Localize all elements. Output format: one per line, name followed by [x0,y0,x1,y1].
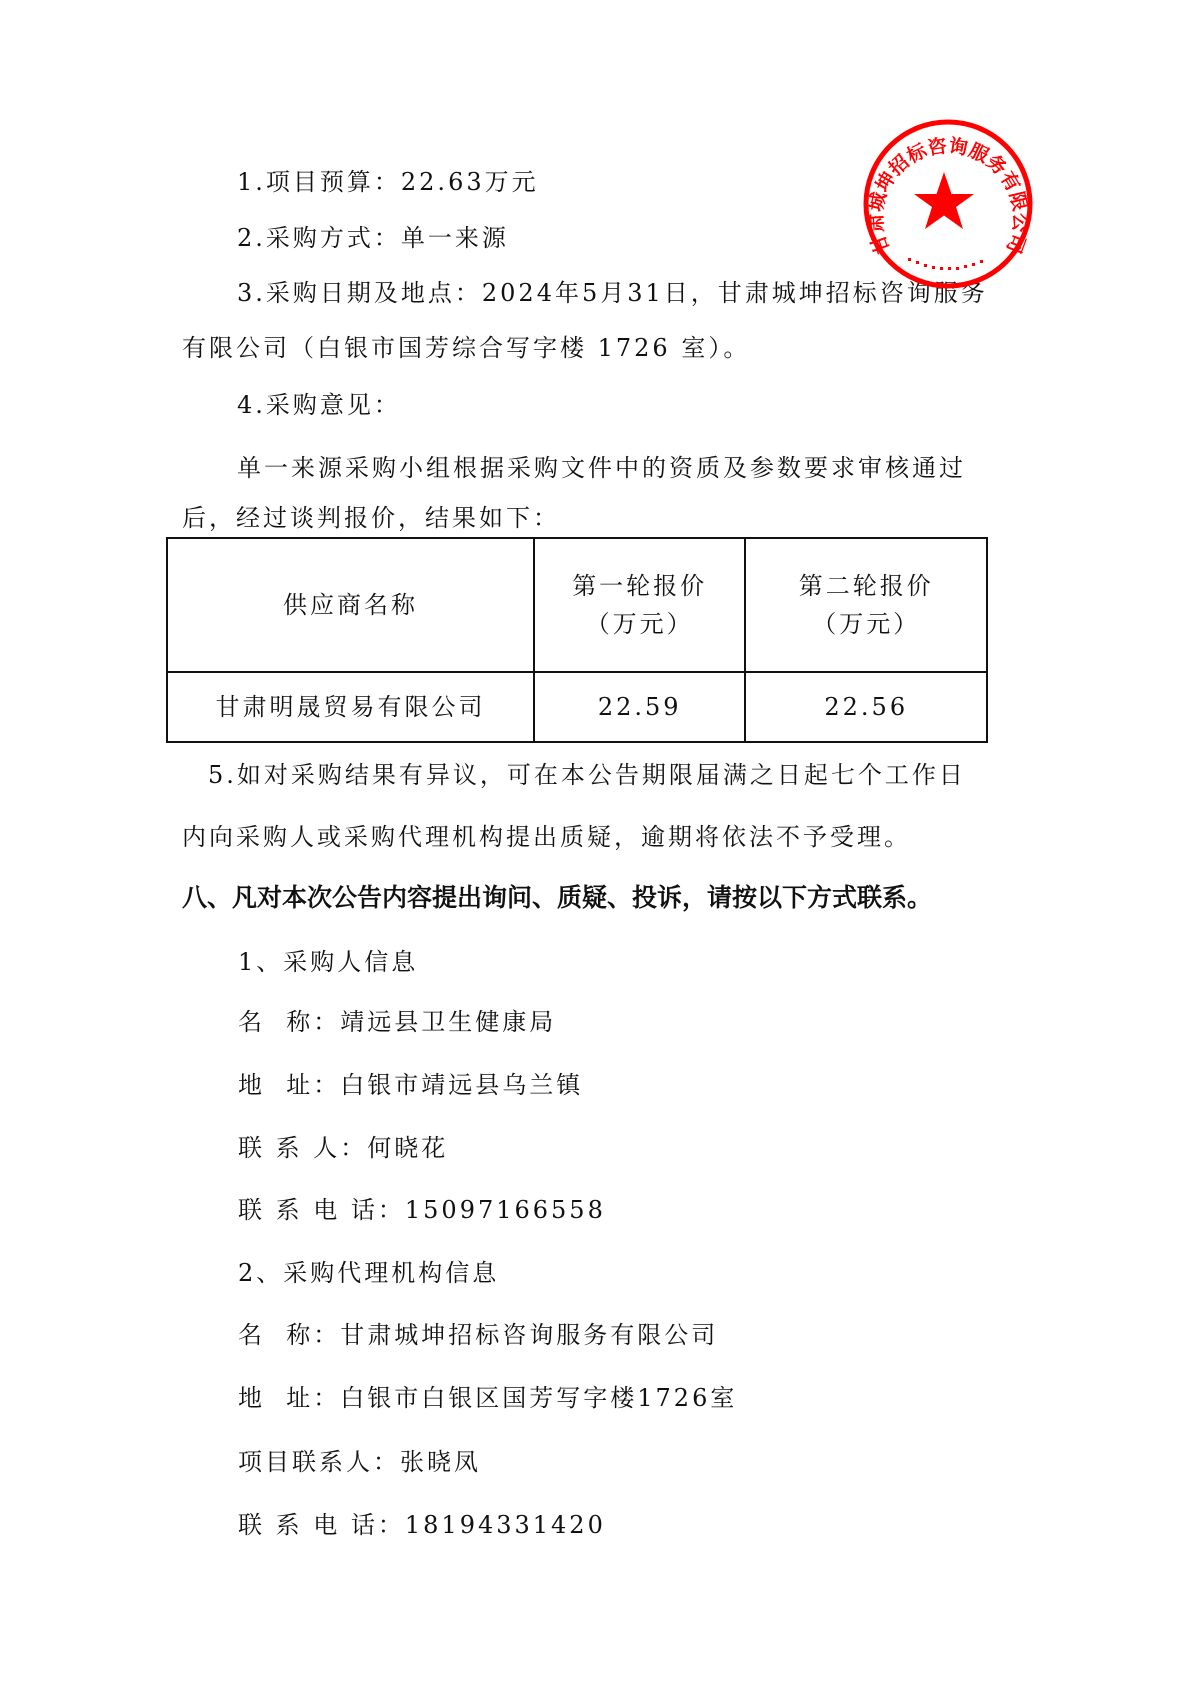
objection-line-2: 内向采购人或采购代理机构提出质疑，逾期将依法不予受理。 [182,822,911,852]
quote-table: 供应商名称 第一轮报价 （万元） 第二轮报价 （万元） 甘肃明晟贸易有限公司 2… [166,537,988,743]
budget-line: 1.项目预算：22.63万元 [237,167,539,197]
seal-graphic: 甘肃城坤招标咨询服务有限公司 [860,118,1036,290]
opinion-line-2: 后，经过谈判报价，结果如下： [182,503,560,533]
table-row: 甘肃明晟贸易有限公司 22.59 22.56 [167,672,987,742]
purchaser-address: 地 址：白银市靖远县乌兰镇 [238,1070,583,1100]
purchaser-phone: 联 系 电 话：15097166558 [238,1195,606,1225]
star-icon [914,172,974,229]
agency-title: 2、采购代理机构信息 [238,1258,499,1288]
method-line: 2.采购方式：单一来源 [237,223,509,253]
header-round1: 第一轮报价 （万元） [534,538,746,672]
purchaser-title: 1、采购人信息 [238,947,418,977]
header-supplier: 供应商名称 [167,538,534,672]
header-round2: 第二轮报价 （万元） [745,538,987,672]
objection-line-1: 5.如对采购结果有异议，可在本公告期限届满之日起七个工作日 [208,760,966,790]
company-seal: 甘肃城坤招标咨询服务有限公司 [860,118,1036,290]
header-round1-label: 第一轮报价 [535,567,745,605]
section-heading: 八、凡对本次公告内容提出询问、质疑、投诉，请按以下方式联系。 [182,883,932,913]
header-round2-unit: （万元） [746,605,986,643]
agency-name: 名 称：甘肃城坤招标咨询服务有限公司 [238,1320,718,1350]
round1-cell: 22.59 [534,672,746,742]
agency-phone: 联 系 电 话：18194331420 [238,1510,606,1540]
purchaser-contact: 联 系 人：何晓花 [238,1133,448,1163]
opinion-line-1: 单一来源采购小组根据采购文件中的资质及参数要求审核通过 [237,453,966,483]
date-location-line-2: 有限公司（白银市国芳综合写字楼 1726 室）。 [182,333,750,363]
header-round1-unit: （万元） [535,605,745,643]
purchaser-name: 名 称：靖远县卫生健康局 [238,1007,556,1037]
agency-contact: 项目联系人：张晓凤 [238,1447,481,1477]
opinion-title: 4.采购意见： [237,390,401,420]
header-round2-label: 第二轮报价 [746,567,986,605]
agency-address: 地 址：白银市白银区国芳写字楼1726室 [238,1383,737,1413]
table-header-row: 供应商名称 第一轮报价 （万元） 第二轮报价 （万元） [167,538,987,672]
supplier-cell: 甘肃明晟贸易有限公司 [167,672,534,742]
round2-cell: 22.56 [745,672,987,742]
